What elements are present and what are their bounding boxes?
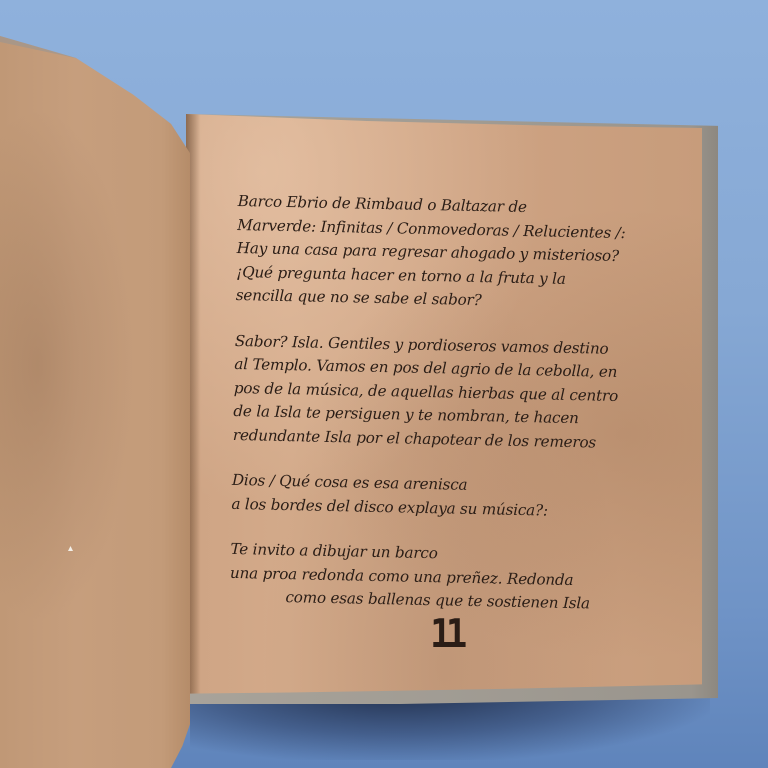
stanza-1: Barco Ebrio de Rimbaud o Baltazar de Mar… (236, 190, 683, 317)
paper-speck (68, 546, 73, 551)
left-page-curled (0, 36, 190, 768)
stanza-3: Dios / Qué cosa es esa arenisca a los bo… (231, 469, 677, 525)
left-page-edge (0, 36, 190, 82)
stanza-2: Sabor? Isla. Gentiles y pordioseros vamo… (233, 329, 680, 456)
page-number: 11 (430, 612, 461, 657)
stanza-4: Te invito a dibujar un barco una proa re… (229, 538, 675, 618)
photo-scene: Barco Ebrio de Rimbaud o Baltazar de Mar… (0, 0, 768, 768)
handwritten-poem: Barco Ebrio de Rimbaud o Baltazar de Mar… (229, 190, 683, 640)
